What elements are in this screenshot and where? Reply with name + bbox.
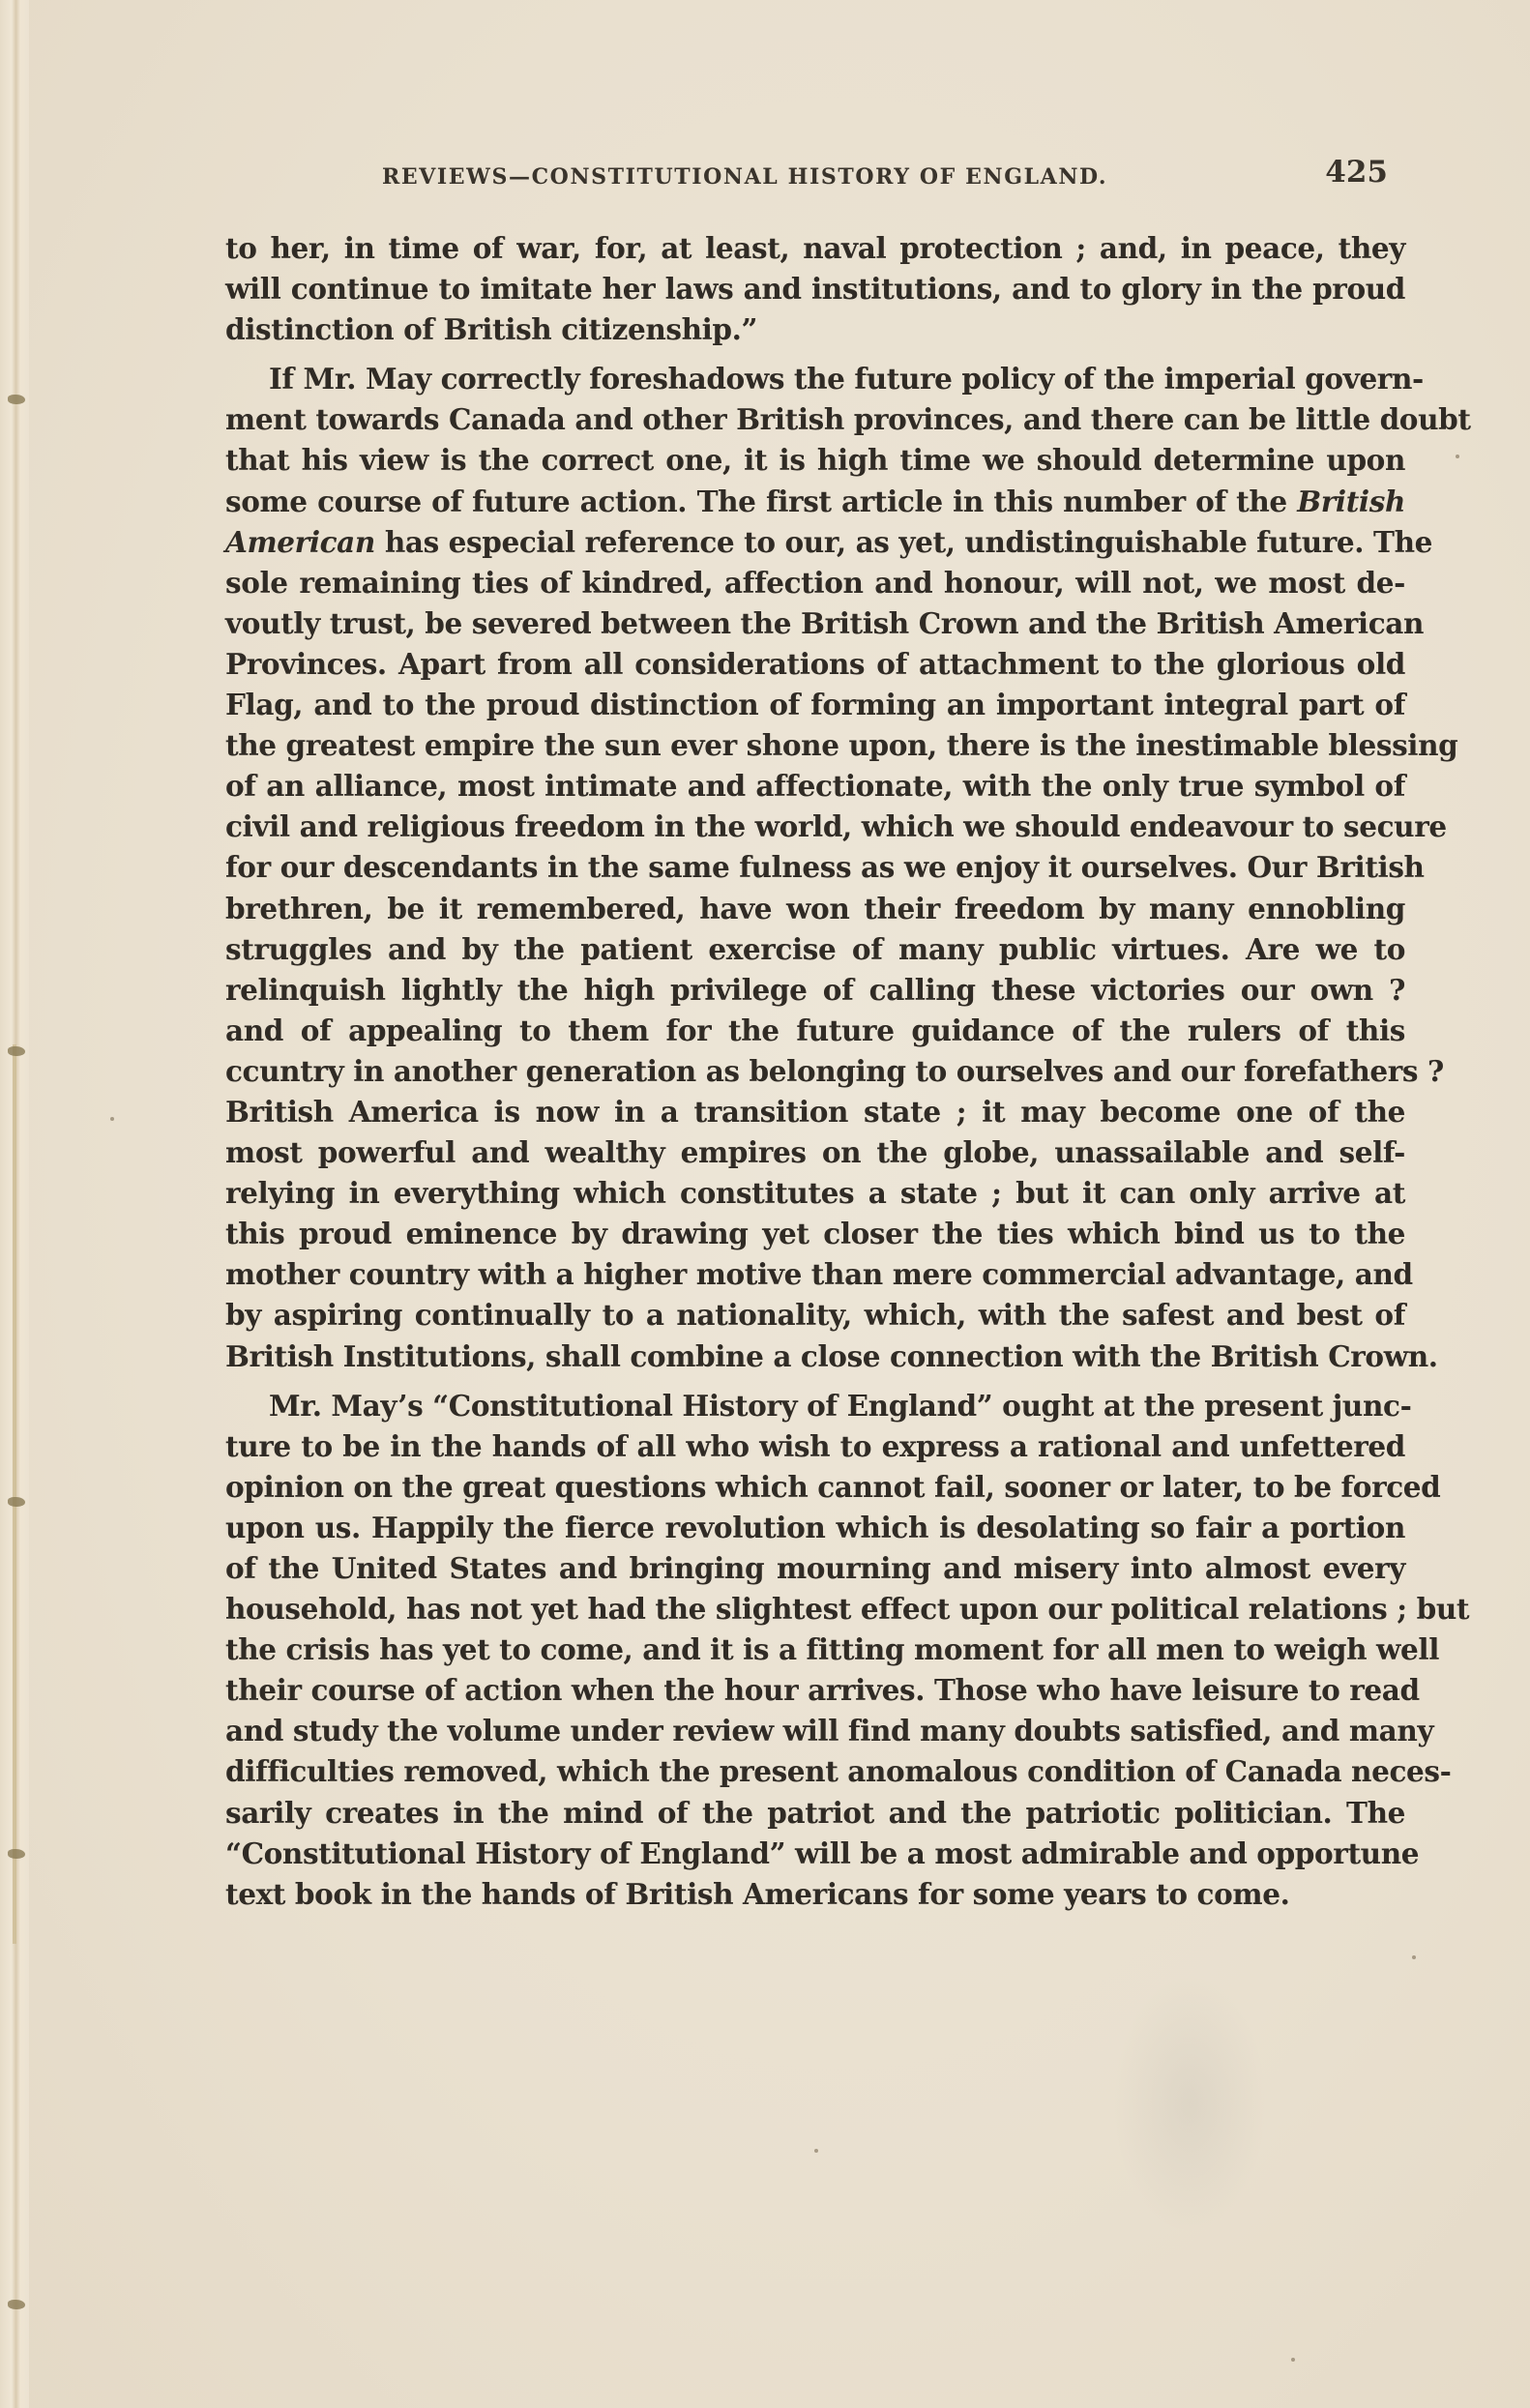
text-line: ment towards Canada and other British pr… — [225, 399, 1405, 440]
line-text: some course of future action. The first … — [225, 485, 1287, 518]
text-line: British America is now in a transition s… — [225, 1092, 1405, 1132]
text-line: of the United States and bringing mourni… — [225, 1548, 1405, 1589]
text-line: brethren, be it remembered, have won the… — [225, 889, 1405, 929]
text-line: some course of future action. The first … — [225, 482, 1405, 522]
binding-stitch — [8, 395, 25, 404]
text-line: relying in everything which constitutes … — [225, 1173, 1405, 1214]
italic-title: British — [1297, 485, 1405, 518]
text-line: civil and religious freedom in the world… — [225, 807, 1405, 847]
text-line: text book in the hands of British Americ… — [225, 1874, 1405, 1915]
text-line: “Constitutional History of England” will… — [225, 1834, 1405, 1874]
paper-speck — [1456, 455, 1459, 458]
text-line: Flag, and to the proud distinction of fo… — [225, 685, 1405, 725]
paragraph-1: to her, in time of war, for, at least, n… — [225, 228, 1405, 350]
text-line: of an alliance, most intimate and affect… — [225, 766, 1405, 807]
text-line: difficulties removed, which the present … — [225, 1751, 1405, 1792]
text-line: opinion on the great questions which can… — [225, 1467, 1405, 1508]
text-line: sole remaining ties of kindred, affectio… — [225, 563, 1405, 603]
show-through — [1112, 1973, 1267, 2234]
body-text: to her, in time of war, for, at least, n… — [225, 228, 1405, 1915]
binding-stitch — [8, 1497, 25, 1507]
text-line: will continue to imitate her laws and in… — [225, 269, 1405, 309]
text-line: and of appealing to them for the future … — [225, 1011, 1405, 1051]
book-page: REVIEWS—CONSTITUTIONAL HISTORY OF ENGLAN… — [0, 0, 1530, 2408]
text-line: voutly trust, be severed between the Bri… — [225, 603, 1405, 644]
text-line: that his view is the correct one, it is … — [225, 440, 1405, 481]
line-text: has especial reference to our, as yet, u… — [385, 525, 1432, 559]
text-line: sarily creates in the mind of the patrio… — [225, 1793, 1405, 1834]
binding-thread — [13, 1044, 16, 1944]
binding-stitch — [8, 1046, 25, 1056]
text-line: Provinces. Apart from all considerations… — [225, 644, 1405, 685]
text-line: ccuntry in another generation as belongi… — [225, 1051, 1405, 1092]
text-line: the greatest empire the sun ever shone u… — [225, 725, 1405, 766]
paper-speck — [1412, 1955, 1416, 1959]
binding-stitch — [8, 2300, 25, 2309]
text-line: British Institutions, shall combine a cl… — [225, 1336, 1405, 1377]
paper-speck — [110, 1117, 114, 1121]
paragraph-2: If Mr. May correctly foreshadows the fut… — [225, 359, 1405, 1376]
text-line: the crisis has yet to come, and it is a … — [225, 1630, 1405, 1670]
running-title: REVIEWS—CONSTITUTIONAL HISTORY OF ENGLAN… — [382, 164, 1107, 190]
text-line: most powerful and wealthy empires on the… — [225, 1132, 1405, 1173]
text-line: Mr. May’s “Constitutional History of Eng… — [225, 1386, 1405, 1426]
paragraph-3: Mr. May’s “Constitutional History of Eng… — [225, 1386, 1405, 1915]
text-line: their course of action when the hour arr… — [225, 1670, 1405, 1711]
text-line: ture to be in the hands of all who wish … — [225, 1426, 1405, 1467]
paper-speck — [1291, 2358, 1295, 2362]
paper-speck — [814, 2149, 818, 2153]
text-line: relinquish lightly the high privilege of… — [225, 970, 1405, 1011]
text-line: American has especial reference to our, … — [225, 522, 1405, 563]
text-line: struggles and by the patient exercise of… — [225, 929, 1405, 970]
text-line: and study the volume under review will f… — [225, 1711, 1405, 1751]
italic-title: American — [225, 525, 375, 559]
text-line: household, has not yet had the slightest… — [225, 1589, 1405, 1630]
text-line: to her, in time of war, for, at least, n… — [225, 228, 1405, 269]
text-line: distinction of British citizenship.” — [225, 309, 1405, 350]
text-line: by aspiring continually to a nationality… — [225, 1295, 1405, 1336]
running-head: REVIEWS—CONSTITUTIONAL HISTORY OF ENGLAN… — [382, 155, 1388, 193]
binding-stitch — [8, 1849, 25, 1859]
page-number: 425 — [1325, 155, 1388, 190]
text-line: If Mr. May correctly foreshadows the fut… — [225, 359, 1405, 399]
text-line: for our descendants in the same fulness … — [225, 847, 1405, 888]
text-line: this proud eminence by drawing yet close… — [225, 1214, 1405, 1254]
text-line: upon us. Happily the fierce revolution w… — [225, 1508, 1405, 1548]
text-line: mother country with a higher motive than… — [225, 1254, 1405, 1295]
